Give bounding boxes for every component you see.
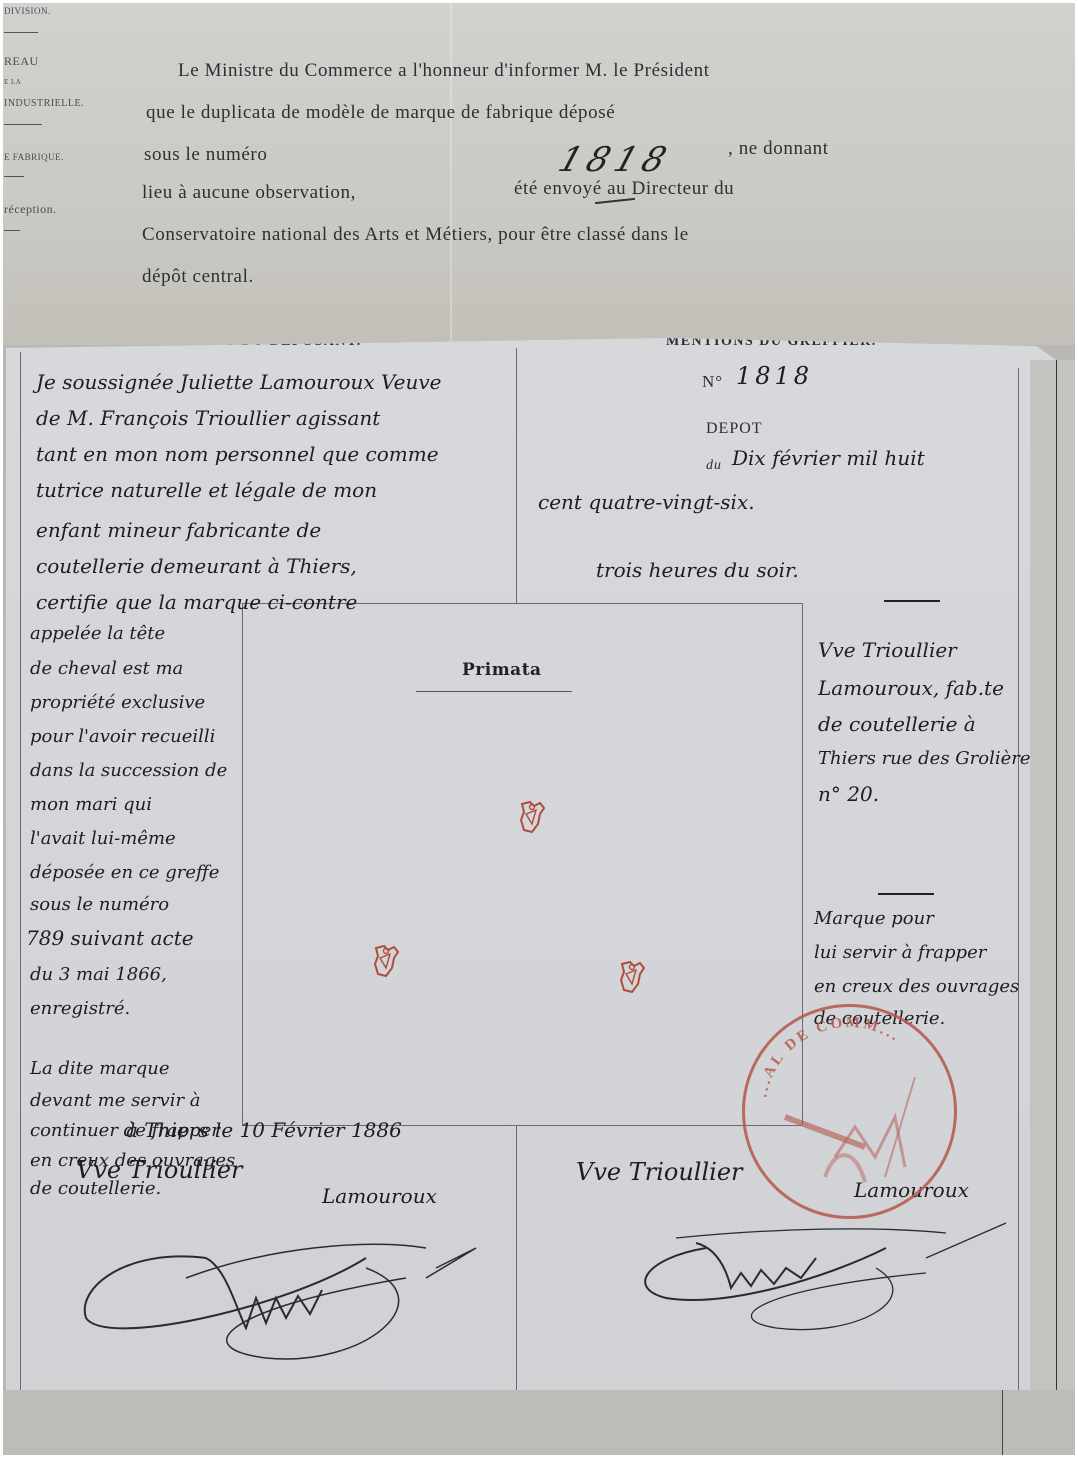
notice-line-5: Conservatoire national des Arts et Métie…	[142, 224, 689, 246]
label-industrielle: INDUSTRIELLE.	[4, 98, 84, 109]
label-reception: réception.	[4, 202, 57, 217]
notice-line-1: Le Ministre du Commerce a l'honneur d'in…	[178, 60, 710, 82]
notice-line-3: sous le numéro	[144, 144, 267, 166]
signature-flourish-left	[66, 1218, 496, 1368]
trademark-deposit-form: INDICATIONS DU DEPOSANT. MENTIONS DU GRE…	[6, 338, 1068, 1453]
mark-title: Primata	[462, 660, 542, 680]
notice-line-2: que le duplicata de modèle de marque de …	[146, 102, 615, 124]
ministry-notice-slip: DIVISION. REAU E LA INDUSTRIELLE. E FABR…	[0, 0, 1078, 345]
label-division: DIVISION.	[4, 6, 51, 16]
notice-line-4b: été envoyé au Directeur du	[514, 178, 734, 200]
handwritten-number: 1818	[554, 140, 678, 180]
underlying-page-margin	[1030, 360, 1078, 1400]
label-bureau: REAU	[4, 54, 39, 69]
horse-head-mark-icon	[618, 960, 646, 996]
deposit-date-line-1: Dix février mil huit	[732, 446, 925, 470]
notice-line-6: dépôt central.	[142, 266, 254, 288]
signature-flourish-right	[626, 1218, 1016, 1348]
label-de-la: E LA	[4, 78, 21, 86]
label-fabrique: E FABRIQUE.	[4, 152, 64, 162]
underlying-page-bottom	[0, 1390, 1078, 1458]
seal-emblem-icon: ...AL DE COMM...	[745, 1007, 954, 1216]
notice-line-4: lieu à aucune observation,	[142, 182, 356, 204]
number-label: N°	[702, 372, 723, 392]
du-label: du	[706, 458, 722, 474]
deposit-date-line-2: cent quatre-vingt-six.	[538, 490, 755, 514]
svg-text:...AL DE COMM...: ...AL DE COMM...	[754, 1015, 903, 1099]
place-date: à Thiers le 10 Février 1886	[126, 1118, 402, 1142]
official-seal: ...AL DE COMM...	[742, 1004, 957, 1219]
deposit-time: trois heures du soir.	[596, 558, 799, 582]
deposit-number: 1818	[736, 362, 813, 390]
depot-label: DEPOT	[706, 420, 763, 438]
horse-head-mark-icon	[372, 944, 400, 980]
paper-fold	[450, 0, 452, 345]
notice-line-3b: , ne donnant	[728, 138, 829, 160]
horse-head-mark-icon	[518, 800, 546, 836]
